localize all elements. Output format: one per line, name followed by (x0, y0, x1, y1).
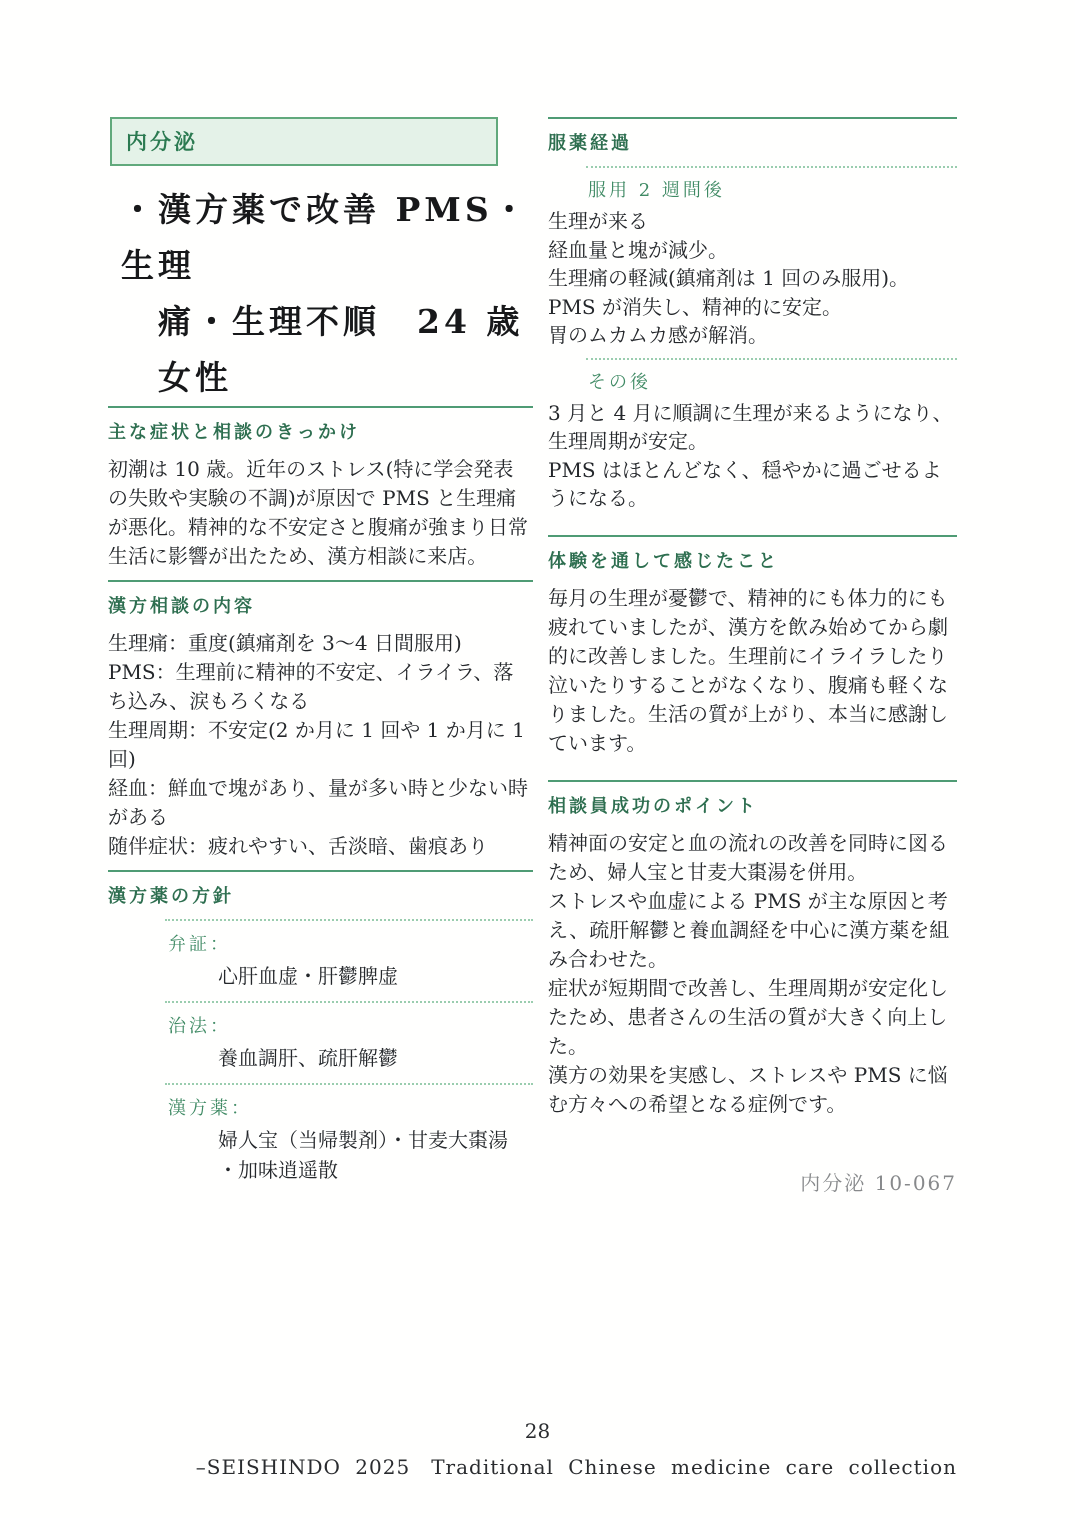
policy-value: 養血調肝、疏肝解鬱 (218, 1043, 533, 1073)
category-label: 内分泌 (126, 129, 198, 154)
phase-line: 胃のムカムカ感が解消。 (548, 321, 957, 350)
experience-body: 毎月の生理が憂鬱で、精神的にも体力的にも疲れていましたが、漢方を飲み始めてから劇… (548, 584, 957, 767)
points-line: 症状が短期間で改善し、生理周期が安定化したため、患者さんの生活の質が大きく向上し… (548, 974, 957, 1061)
section-heading-progress: 服薬経過 (548, 129, 957, 155)
page-number: 28 (0, 1419, 1075, 1443)
phase-line: 経血量と塊が減少。 (548, 236, 957, 265)
policy-value: 心肝血虚・肝鬱脾虚 (218, 961, 533, 991)
phase-label: その後 (588, 368, 957, 394)
consultation-line: 随伴症状：疲れやすい、舌淡暗、歯痕あり (108, 832, 533, 870)
dotted-divider (586, 166, 957, 168)
case-title: ・漢方薬で改善 PMS・生理 痛・生理不順 24 歳女性 (108, 182, 533, 406)
right-column: 服薬経過 服用 2 週間後 生理が来る 経血量と塊が減少。 生理痛の軽減(鎮痛剤… (548, 117, 957, 1196)
footer-credit: –SEISHINDO 2025 Traditional Chinese medi… (196, 1451, 957, 1480)
policy-label: 漢方薬： (168, 1094, 533, 1120)
points-line: ストレスや血虚による PMS が主な原因と考え、疏肝解鬱と養血調経を中心に漢方薬… (548, 887, 957, 974)
section-heading-policy: 漢方薬の方針 (108, 882, 533, 908)
document-page: 内分泌 ・漢方薬で改善 PMS・生理 痛・生理不順 24 歳女性 主な症状と相談… (0, 0, 1075, 1518)
progress-phase-after: その後 3 月と 4 月に順調に生理が来るようになり、生理周期が安定。 PMS … (548, 358, 957, 522)
policy-item-benzheng: 弁証： 心肝血虚・肝鬱脾虚 (108, 919, 533, 991)
points-line: 精神面の安定と血の流れの改善を同時に図るため、婦人宝と甘麦大棗湯を併用。 (548, 829, 957, 887)
two-column-layout: 内分泌 ・漢方薬で改善 PMS・生理 痛・生理不順 24 歳女性 主な症状と相談… (0, 0, 1075, 1196)
section-heading-experience: 体験を通して感じたこと (548, 547, 957, 573)
phase-line: PMS はほとんどなく、穏やかに過ごせるようになる。 (548, 456, 957, 522)
policy-item-chiho: 治法： 養血調肝、疏肝解鬱 (108, 1001, 533, 1073)
phase-line: 3 月と 4 月に順調に生理が来るようになり、生理周期が安定。 (548, 399, 957, 456)
category-box: 内分泌 (110, 117, 498, 166)
progress-phase-2weeks: 服用 2 週間後 生理が来る 経血量と塊が減少。 生理痛の軽減(鎮痛剤は 1 回… (548, 166, 957, 350)
case-code: 内分泌 10-067 (548, 1167, 957, 1196)
section-heading-points: 相談員成功のポイント (548, 792, 957, 818)
symptoms-body: 初潮は 10 歳。近年のストレス(特に学会発表の失敗や実験の不調)が原因で PM… (108, 455, 533, 580)
points-line: 漢方の効果を実感し、ストレスや PMS に悩む方々への希望となる症例です。 (548, 1061, 957, 1119)
section-medication-progress: 服薬経過 服用 2 週間後 生理が来る 経血量と塊が減少。 生理痛の軽減(鎮痛剤… (548, 117, 957, 522)
phase-line: PMS が消失し、精神的に安定。 (548, 293, 957, 322)
policy-item-kampoyaku: 漢方薬： 婦人宝（当帰製剤）・甘麦大棗湯 ・加味逍遥散 (108, 1083, 533, 1185)
section-main-symptoms: 主な症状と相談のきっかけ 初潮は 10 歳。近年のストレス(特に学会発表の失敗や… (108, 406, 533, 580)
case-title-line2: 痛・生理不順 24 歳女性 (108, 294, 533, 406)
case-title-line1: ・漢方薬で改善 PMS・生理 (108, 182, 533, 294)
dotted-divider (586, 358, 957, 360)
dotted-divider (165, 1001, 533, 1003)
section-success-points: 相談員成功のポイント 精神面の安定と血の流れの改善を同時に図るため、婦人宝と甘麦… (548, 780, 957, 1119)
policy-label: 弁証： (168, 930, 533, 956)
consultation-line: 生理周期：不安定(2 か月に 1 回や 1 か月に 1 回) (108, 716, 533, 774)
consultation-line: 生理痛：重度(鎮痛剤を 3〜4 日間服用) (108, 629, 533, 658)
section-policy: 漢方薬の方針 弁証： 心肝血虚・肝鬱脾虚 治法： 養血調肝、疏肝解鬱 漢方薬： … (108, 870, 533, 1185)
section-consultation: 漢方相談の内容 生理痛：重度(鎮痛剤を 3〜4 日間服用) PMS：生理前に精神… (108, 580, 533, 870)
consultation-line: 経血：鮮血で塊があり、量が多い時と少ない時がある (108, 774, 533, 832)
phase-line: 生理が来る (548, 207, 957, 236)
section-heading-symptoms: 主な症状と相談のきっかけ (108, 418, 533, 444)
section-heading-consultation: 漢方相談の内容 (108, 592, 533, 618)
dotted-divider (165, 919, 533, 921)
dotted-divider (165, 1083, 533, 1085)
phase-line: 生理痛の軽減(鎮痛剤は 1 回のみ服用)。 (548, 264, 957, 293)
policy-value: 婦人宝（当帰製剤）・甘麦大棗湯 ・加味逍遥散 (218, 1125, 533, 1185)
section-experience: 体験を通して感じたこと 毎月の生理が憂鬱で、精神的にも体力的にも疲れていましたが… (548, 535, 957, 767)
consultation-line: PMS：生理前に精神的不安定、イライラ、落ち込み、涙もろくなる (108, 658, 533, 716)
left-column: 内分泌 ・漢方薬で改善 PMS・生理 痛・生理不順 24 歳女性 主な症状と相談… (108, 117, 533, 1196)
phase-label: 服用 2 週間後 (588, 176, 957, 202)
policy-label: 治法： (168, 1012, 533, 1038)
